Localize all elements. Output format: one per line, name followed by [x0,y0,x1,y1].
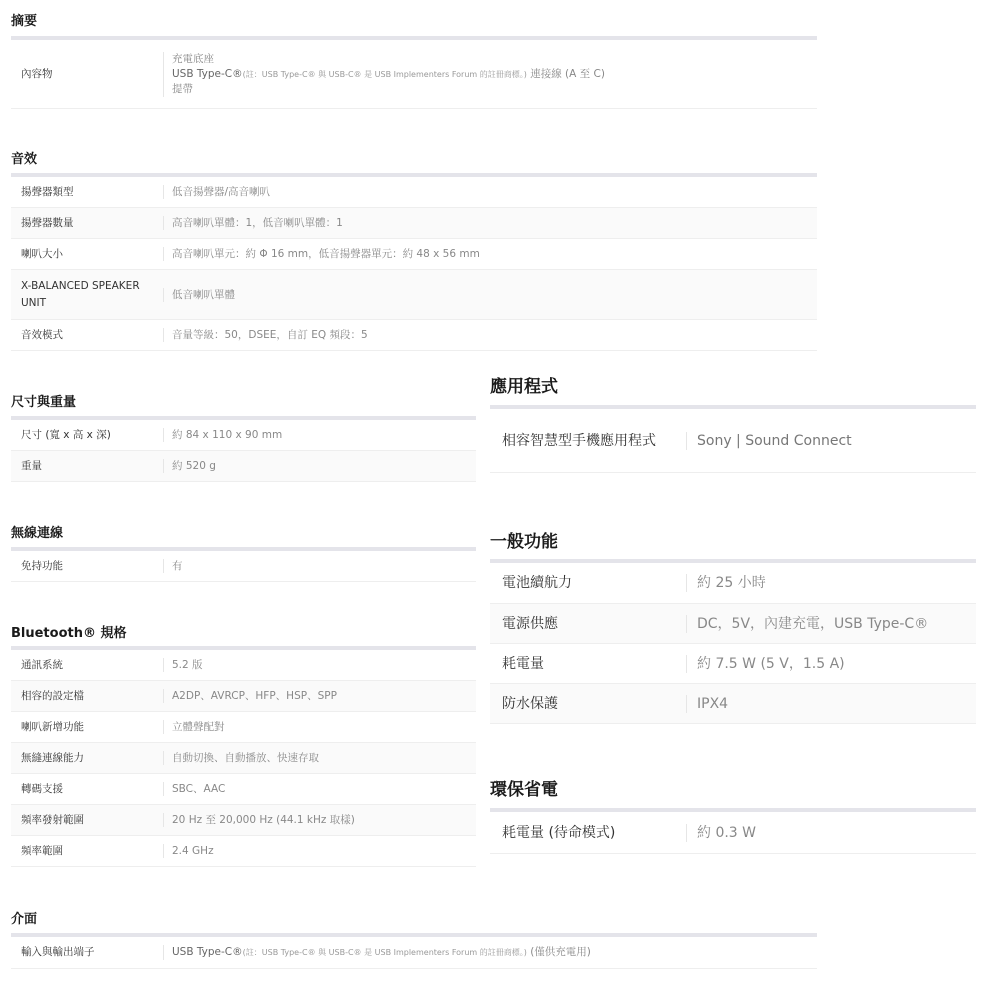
spec-value: A2DP、AVRCP、HFP、HSP、SPP [163,689,337,703]
spec-label: 輸入與輸出端子 [11,944,163,961]
table-row: 電源供應 DC，5V，內建充電，USB Type-C® [490,604,976,644]
spec-value: 高音喇叭單元：約 Φ 16 mm，低音揚聲器單元：約 48 x 56 mm [163,247,480,261]
spec-table: 電池續航力 約 25 小時 電源供應 DC，5V，內建充電，USB Type-C… [490,559,976,724]
table-row: 尺寸 (寬 x 高 x 深) 約 84 x 110 x 90 mm [11,420,476,451]
section-size-weight: 尺寸與重量 尺寸 (寬 x 高 x 深) 約 84 x 110 x 90 mm … [11,391,476,482]
table-row: 耗電量 約 7.5 W (5 V，1.5 A) [490,644,976,684]
spec-value: 5.2 版 [163,658,203,672]
section-title: 摘要 [11,10,817,36]
spec-table: 輸入與輸出端子 USB Type-C®(註：USB Type-C® 與 USB-… [11,933,817,969]
spec-label: 喇叭大小 [11,246,163,263]
table-row: 頻率發射範圍 20 Hz 至 20,000 Hz (44.1 kHz 取樣) [11,805,476,836]
table-row: 免持功能 有 [11,551,476,582]
spec-label: 尺寸 (寬 x 高 x 深) [11,427,163,444]
section-general: 一般功能 電池續航力 約 25 小時 電源供應 DC，5V，內建充電，USB T… [490,527,976,724]
spec-value: SBC、AAC [163,782,225,796]
section-title: 介面 [11,908,817,933]
table-row: 電池續航力 約 25 小時 [490,563,976,604]
spec-value: 自動切換、自動播放、快速存取 [163,751,319,765]
table-row: 重量 約 520 g [11,451,476,482]
spec-label: 喇叭新增功能 [11,719,163,736]
spec-table: 耗電量 (待命模式) 約 0.3 W [490,808,976,854]
spec-label: 耗電量 (待命模式) [490,822,686,844]
spec-value: Sony | Sound Connect [686,432,852,450]
spec-label: 相容的設定檔 [11,688,163,705]
spec-table: 揚聲器類型 低音揚聲器/高音喇叭 揚聲器數量 高音喇叭單體：1，低音喇叭單體：1… [11,173,817,351]
spec-label: 電源供應 [490,613,686,635]
value-line: 提帶 [172,82,605,97]
table-row: 相容智慧型手機應用程式 Sony | Sound Connect [490,409,976,473]
spec-label: 免持功能 [11,558,163,575]
spec-label: 轉碼支援 [11,781,163,798]
spec-value: 低音喇叭單體 [163,288,235,302]
spec-label: 頻率發射範圍 [11,812,163,829]
table-row: 頻率範圍 2.4 GHz [11,836,476,867]
spec-value: DC，5V，內建充電，USB Type-C® [686,615,928,633]
trademark-note: (註：USB Type-C® 與 USB-C® 是 USB Implemente… [243,70,527,79]
table-row: 無縫連線能力 自動切換、自動播放、快速存取 [11,743,476,774]
spec-label: 通訊系統 [11,657,163,674]
spec-value: 音量等級：50，DSEE，自訂 EQ 頻段：5 [163,328,368,342]
spec-label: 防水保護 [490,693,686,715]
spec-label: 揚聲器類型 [11,184,163,201]
spec-table: 通訊系統 5.2 版 相容的設定檔 A2DP、AVRCP、HFP、HSP、SPP… [11,646,476,867]
table-row: 相容的設定檔 A2DP、AVRCP、HFP、HSP、SPP [11,681,476,712]
value-line: 充電底座 [172,52,605,67]
usb-type-c-text: USB Type-C® [172,946,243,958]
spec-label: 相容智慧型手機應用程式 [490,430,686,452]
section-title: 應用程式 [490,372,976,405]
spec-label: 音效模式 [11,327,163,344]
spec-value: 約 0.3 W [686,824,756,842]
section-title: Bluetooth® 規格 [11,622,476,646]
trademark-note: (註：USB Type-C® 與 USB-C® 是 USB Implemente… [243,948,527,957]
spec-table: 內容物 充電底座 USB Type-C®(註：USB Type-C® 與 USB… [11,36,817,109]
spec-value: 立體聲配對 [163,720,225,734]
spec-label: X-BALANCED SPEAKER UNIT [11,278,163,312]
spec-value: 約 84 x 110 x 90 mm [163,428,282,442]
section-bluetooth: Bluetooth® 規格 通訊系統 5.2 版 相容的設定檔 A2DP、AVR… [11,622,476,867]
charging-only-text: (僅供充電用) [527,946,591,958]
table-row: 通訊系統 5.2 版 [11,650,476,681]
spec-value: 有 [163,559,183,573]
spec-value: 高音喇叭單體：1，低音喇叭單體：1 [163,216,343,230]
table-row: 喇叭新增功能 立體聲配對 [11,712,476,743]
spec-value: 充電底座 USB Type-C®(註：USB Type-C® 與 USB-C® … [163,52,605,97]
spec-label: 揚聲器數量 [11,215,163,232]
table-row: 耗電量 (待命模式) 約 0.3 W [490,812,976,854]
spec-table: 相容智慧型手機應用程式 Sony | Sound Connect [490,405,976,473]
usb-type-c-text: USB Type-C® [172,68,243,80]
table-row: 喇叭大小 高音喇叭單元：約 Φ 16 mm，低音揚聲器單元：約 48 x 56 … [11,239,817,270]
table-row: 內容物 充電底座 USB Type-C®(註：USB Type-C® 與 USB… [11,40,817,109]
table-row: 揚聲器數量 高音喇叭單體：1，低音喇叭單體：1 [11,208,817,239]
section-title: 環保省電 [490,775,976,808]
section-interface: 介面 輸入與輸出端子 USB Type-C®(註：USB Type-C® 與 U… [11,908,817,969]
spec-label: 重量 [11,458,163,475]
section-wireless: 無線連線 免持功能 有 [11,522,476,582]
spec-value: 2.4 GHz [163,844,214,858]
section-app: 應用程式 相容智慧型手機應用程式 Sony | Sound Connect [490,372,976,473]
table-row: 音效模式 音量等級：50，DSEE，自訂 EQ 頻段：5 [11,320,817,351]
section-title: 一般功能 [490,527,976,559]
spec-value: 約 7.5 W (5 V，1.5 A) [686,655,845,673]
spec-label: 頻率範圍 [11,843,163,860]
section-sound: 音效 揚聲器類型 低音揚聲器/高音喇叭 揚聲器數量 高音喇叭單體：1，低音喇叭單… [11,148,817,351]
cable-text: 連接線 (A 至 C) [527,68,605,80]
spec-value: 20 Hz 至 20,000 Hz (44.1 kHz 取樣) [163,813,355,827]
spec-value: USB Type-C®(註：USB Type-C® 與 USB-C® 是 USB… [163,945,591,960]
table-row: 轉碼支援 SBC、AAC [11,774,476,805]
spec-value: 低音揚聲器/高音喇叭 [163,185,270,199]
section-title: 尺寸與重量 [11,391,476,416]
spec-table: 免持功能 有 [11,547,476,582]
section-eco: 環保省電 耗電量 (待命模式) 約 0.3 W [490,775,976,854]
value-line: USB Type-C®(註：USB Type-C® 與 USB-C® 是 USB… [172,67,605,82]
section-title: 音效 [11,148,817,173]
spec-label: 電池續航力 [490,572,686,594]
table-row: 輸入與輸出端子 USB Type-C®(註：USB Type-C® 與 USB-… [11,937,817,969]
spec-label: 耗電量 [490,653,686,675]
spec-table: 尺寸 (寬 x 高 x 深) 約 84 x 110 x 90 mm 重量 約 5… [11,416,476,482]
section-summary: 摘要 內容物 充電底座 USB Type-C®(註：USB Type-C® 與 … [11,10,817,109]
spec-label: 內容物 [11,66,163,83]
table-row: X-BALANCED SPEAKER UNIT 低音喇叭單體 [11,270,817,320]
spec-label: 無縫連線能力 [11,750,163,767]
section-title: 無線連線 [11,522,476,547]
spec-value: 約 520 g [163,459,216,473]
spec-value: IPX4 [686,695,728,713]
spec-value: 約 25 小時 [686,574,766,592]
table-row: 揚聲器類型 低音揚聲器/高音喇叭 [11,177,817,208]
table-row: 防水保護 IPX4 [490,684,976,724]
